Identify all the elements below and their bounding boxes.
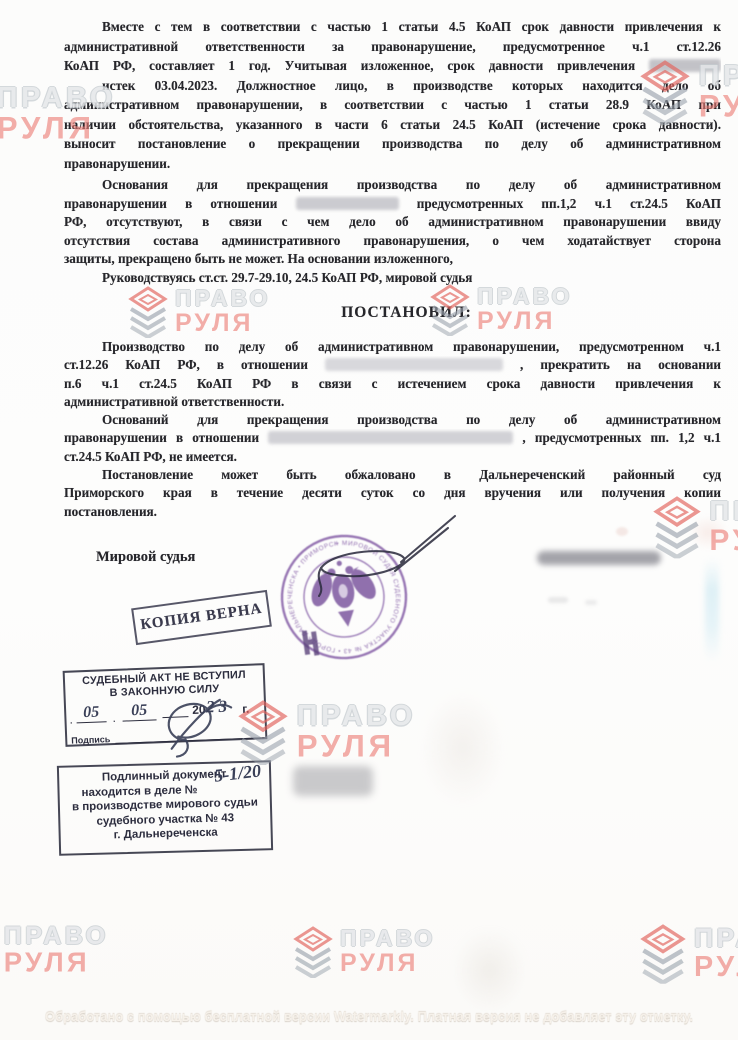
text-segment: предусмотренных пп.1,2 ч.1 ст.24.5 КоАП: [417, 196, 721, 211]
text-segment: административной ответственности за прав…: [64, 39, 721, 54]
pravo-rulya-watermark: ПРАВО РУЛЯ: [0, 922, 109, 979]
seal-ink-blotch: [304, 630, 317, 657]
pravo-rulya-watermark: ПРАВО РУЛЯ: [293, 926, 435, 978]
text-line: Производство по делу об административном…: [64, 338, 721, 356]
watermark-word-pravo: ПРАВО: [297, 700, 416, 730]
watermark-word-rulya: РУЛЯ: [297, 730, 416, 763]
text-segment: , предусмотренных пп. 1,2 ч.1: [522, 430, 721, 445]
pravo-rulya-chevron-icon: [293, 926, 333, 978]
text-line: Основания для прекращения производства п…: [64, 176, 721, 195]
scan-stain-gray: [420, 690, 505, 805]
text-segment: ст.24.5 КоАП РФ, не имеется.: [64, 449, 237, 464]
text-segment: Вместе с тем в соответствии с частью 1 с…: [102, 19, 721, 34]
text-segment: Руководствуясь ст.ст. 29.7-29.10, 24.5 К…: [102, 270, 472, 285]
text-line: выносит постановление о прекращении прои…: [64, 134, 721, 154]
text-block: Основания для прекращения производства п…: [64, 176, 721, 288]
official-round-seal: • МИРОВОЙ СУДЬЯ СУДЕБНОГО УЧАСТКА № 43 •…: [268, 524, 420, 670]
court-ruling-scan-page: Вместе с тем в соответствии с частью 1 с…: [0, 0, 738, 1040]
clerk-signature: [65, 665, 267, 768]
text-segment: Постановление может быть обжаловано в Да…: [102, 467, 721, 482]
pravo-rulya-watermark: ПРАВО РУЛЯ: [640, 924, 738, 984]
text-line: административном правонарушении, в соотв…: [64, 95, 721, 115]
copy-correct-stamp: КОПИЯ ВЕРНА: [131, 590, 272, 645]
scan-stain-pink: [616, 527, 628, 536]
redacted-case-suffix: [293, 766, 373, 796]
text-line: административной ответственности за прав…: [64, 37, 721, 57]
text-segment: правонарушении.: [64, 156, 170, 171]
watermark-word-pravo: ПРАВО: [4, 922, 109, 948]
scan-stain-mark: [548, 597, 568, 603]
redacted-text: [325, 358, 503, 371]
text-segment: Основания для прекращения производства п…: [102, 177, 721, 192]
text-segment: Производство по делу об административном…: [102, 339, 721, 354]
text-segment: Оснований для прекращения производства п…: [102, 412, 721, 427]
text-line: административной ответственности.: [64, 393, 721, 411]
text-segment: защиты, прекращено быть не может. На осн…: [64, 251, 453, 266]
text-segment: Приморского края в течение десяти суток …: [64, 485, 721, 500]
text-line: Приморского края в течение десяти суток …: [64, 484, 721, 502]
text-line: правонарушении в отношении предусмотренн…: [64, 195, 721, 214]
text-line: правонарушении.: [64, 154, 721, 174]
text-block: Производство по делу об административном…: [64, 338, 721, 521]
watermark-word-rulya: РУЛЯ: [340, 950, 435, 976]
scan-stain-gray: [452, 928, 527, 1013]
text-line: Вместе с тем в соответствии с частью 1 с…: [64, 17, 721, 37]
text-segment: административном правонарушении, в соотв…: [64, 97, 721, 112]
text-segment: , прекратить на основании: [520, 357, 721, 372]
text-line: истек 03.04.2023. Должностное лицо, в пр…: [64, 76, 721, 96]
text-segment: наличии обстоятельства, указанного в час…: [64, 117, 721, 132]
text-line: КоАП РФ, составляет 1 год. Учитывая изло…: [64, 56, 721, 76]
text-line: защиты, прекращено быть не может. На осн…: [64, 250, 721, 269]
text-line: правонарушении в отношении , предусмотре…: [64, 429, 721, 447]
text-line: РФ, отсутствуют, в связи с чем дело об а…: [64, 213, 721, 232]
text-segment: истек 03.04.2023. Должностное лицо, в пр…: [102, 78, 721, 93]
text-segment: КоАП РФ, составляет 1 год. Учитывая изло…: [64, 58, 635, 73]
watermark-word-rulya: РУЛЯ: [709, 525, 738, 556]
watermark-word-rulya: РУЛЯ: [694, 952, 738, 982]
redacted-text: [649, 59, 721, 72]
redacted-judge-name: [537, 551, 661, 565]
text-line: наличии обстоятельства, указанного в час…: [64, 115, 721, 135]
text-segment: РФ, отсутствуют, в связи с чем дело об а…: [64, 214, 721, 229]
text-segment: административной ответственности.: [64, 394, 284, 409]
pravo-rulya-chevron-icon: [640, 924, 686, 984]
text-segment: постановления.: [64, 504, 157, 519]
watermark-word-pravo: ПРАВО: [340, 926, 435, 950]
text-segment: правонарушении в отношении: [64, 196, 277, 211]
scan-stain-blue: [705, 558, 719, 663]
text-segment: выносит постановление о прекращении прои…: [64, 136, 721, 151]
redacted-text: [268, 431, 513, 444]
text-line: Постановление может быть обжаловано в Да…: [64, 466, 721, 484]
text-segment: п.6 ч.1 ст.24.5 КоАП РФ в связи с истече…: [64, 376, 721, 391]
text-block: Вместе с тем в соответствии с частью 1 с…: [64, 17, 721, 173]
scan-stain-mark: [585, 600, 597, 605]
text-line: ст.24.5 КоАП РФ, не имеется.: [64, 448, 721, 466]
text-line: Оснований для прекращения производства п…: [64, 411, 721, 429]
text-line: Руководствуясь ст.ст. 29.7-29.10, 24.5 К…: [64, 269, 721, 288]
watermarkly-footer-note: Обработано с помощью бесплатной версии W…: [0, 1009, 738, 1024]
redacted-text: [296, 197, 399, 210]
double-headed-eagle-icon: [302, 556, 384, 632]
resolution-heading: ПОСТАНОВИЛ:: [64, 304, 735, 322]
watermark-word-rulya: РУЛЯ: [4, 948, 109, 977]
text-segment: правонарушении в отношении: [64, 430, 259, 445]
not-in-force-stamp: СУДЕБНЫЙ АКТ НЕ ВСТУПИЛ В ЗАКОННУЮ СИЛУ …: [63, 663, 268, 747]
text-line: постановления.: [64, 503, 721, 521]
text-segment: ст.12.26 КоАП РФ, в отношении: [64, 357, 308, 372]
judge-title-label: Мировой судья: [96, 549, 195, 566]
text-line: п.6 ч.1 ст.24.5 КоАП РФ в связи с истече…: [64, 375, 721, 393]
text-segment: отсутствия состава административного пра…: [64, 233, 721, 248]
text-line: ст.12.26 КоАП РФ, в отношении , прекрати…: [64, 356, 721, 374]
original-document-stamp: Подлинный документ находится в деле № в …: [57, 760, 273, 856]
text-line: отсутствия состава административного пра…: [64, 232, 721, 251]
watermark-word-pravo: ПРАВО: [694, 924, 738, 952]
